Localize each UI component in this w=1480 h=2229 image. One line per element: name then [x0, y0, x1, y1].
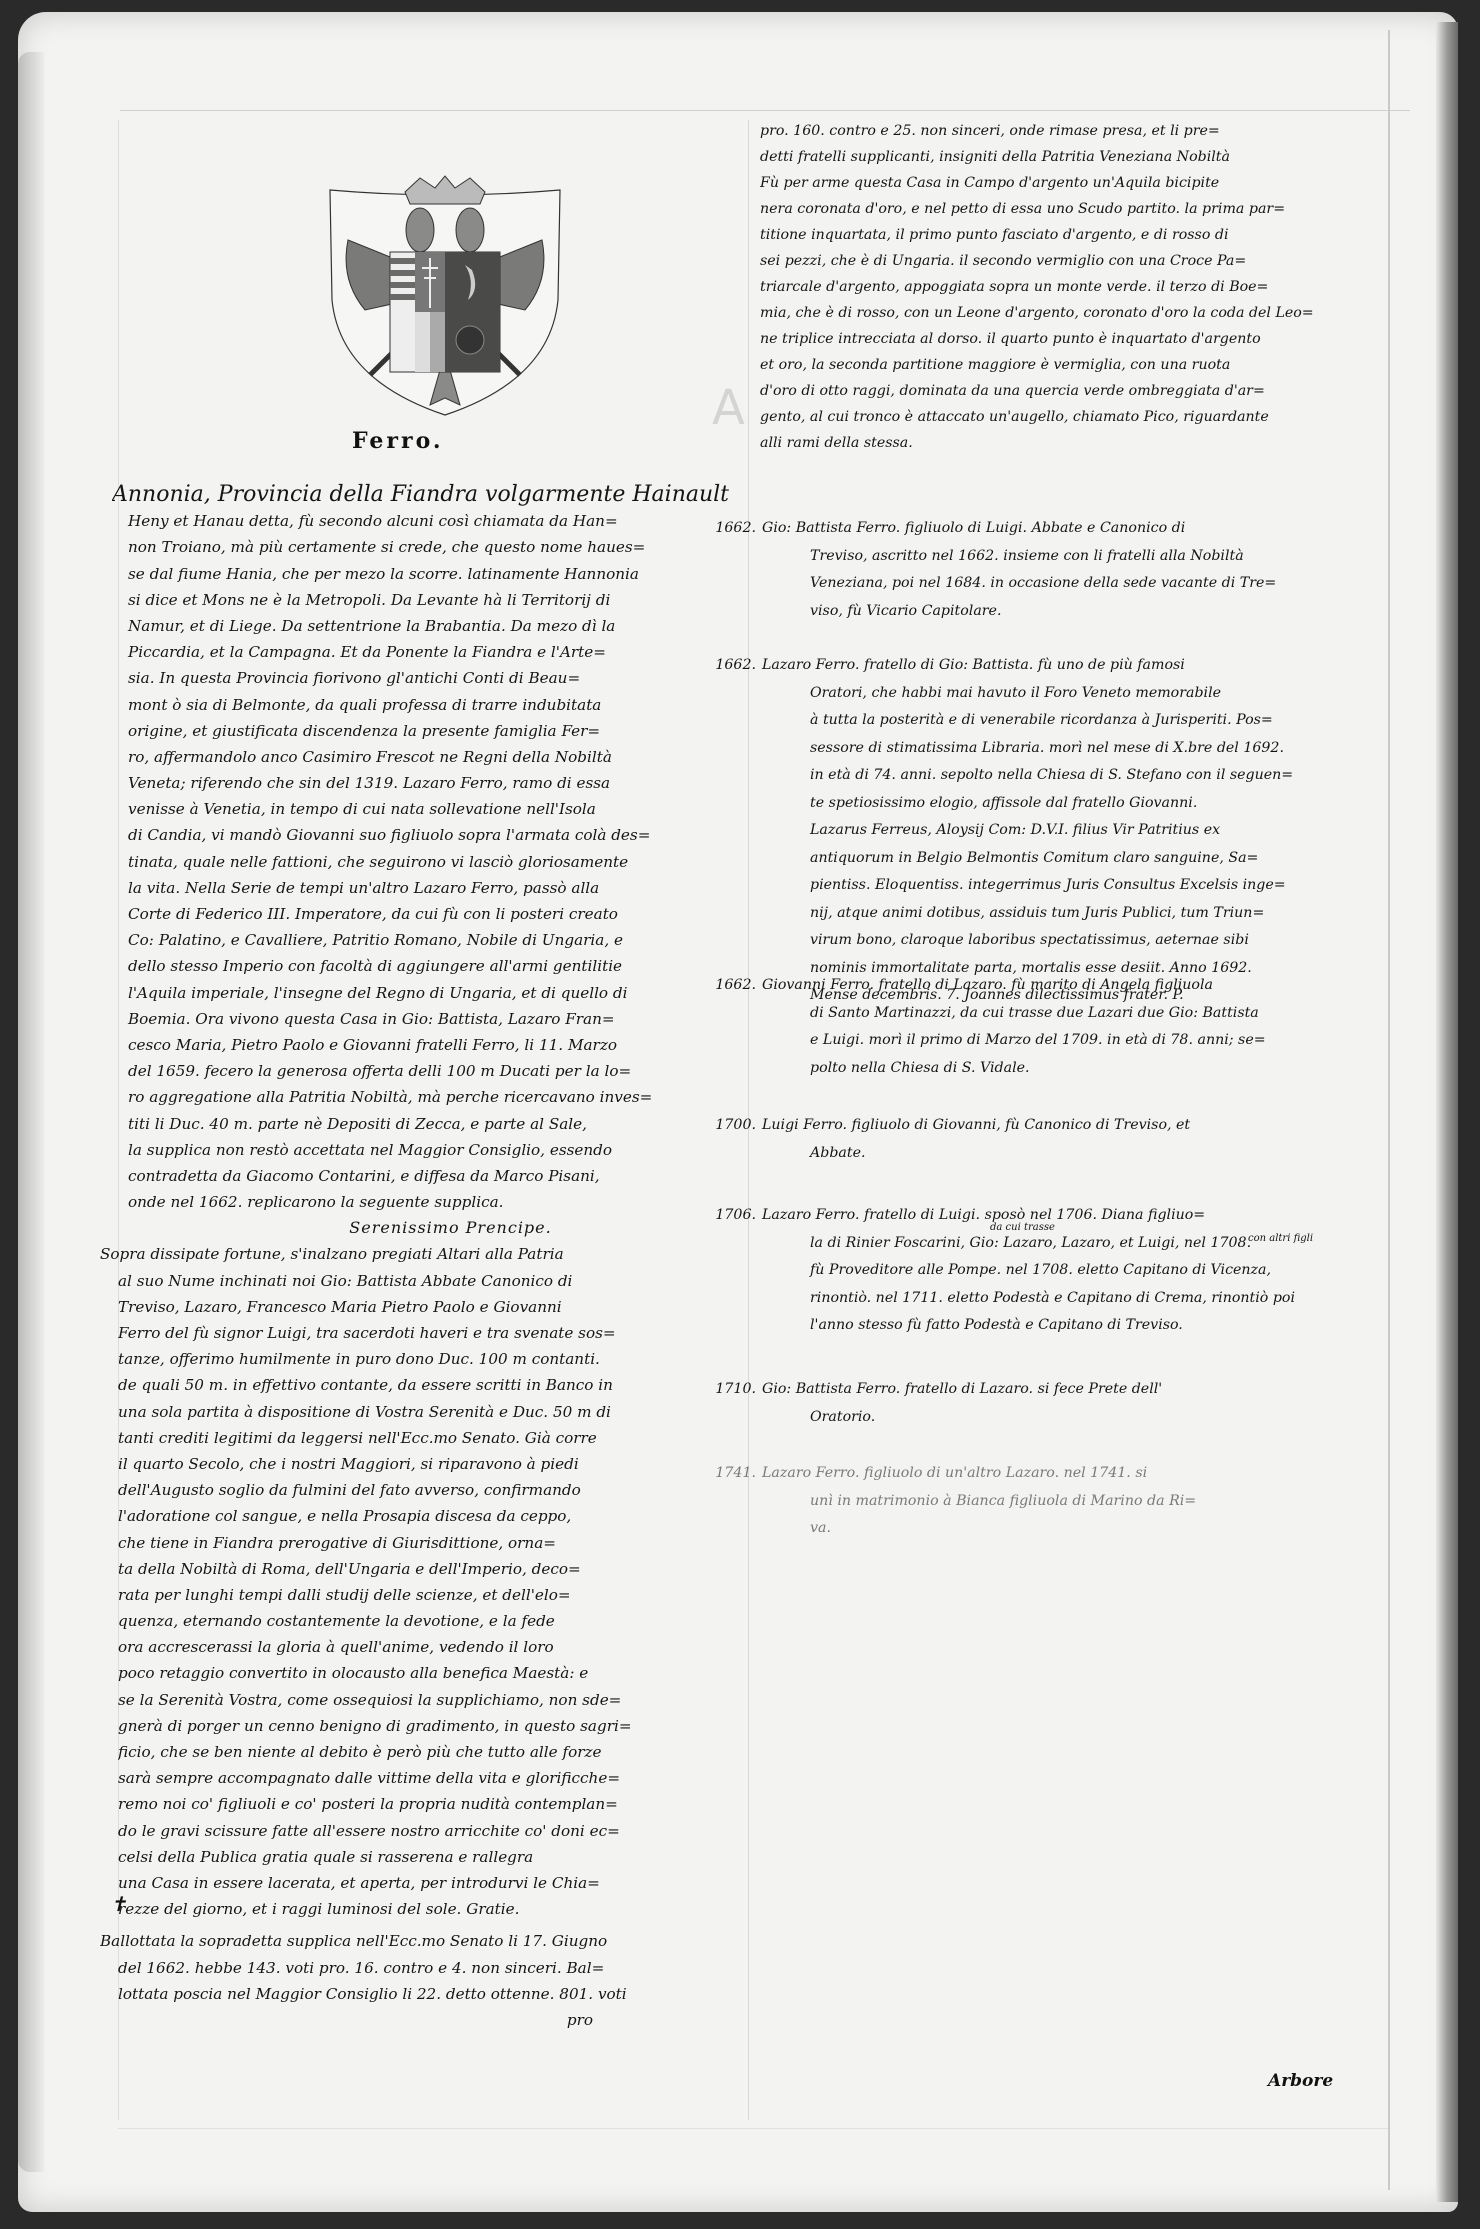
intro-line: Piccardia, et la Campagna. Et da Ponente…: [118, 639, 743, 665]
entry-line: 1741.Lazaro Ferro. figliuolo di un'altro…: [700, 1460, 1390, 1488]
petition-line: ficio, che se ben niente al debito è per…: [118, 1739, 743, 1765]
epitaph-line: pientiss. Eloquentiss. integerrimus Juri…: [700, 872, 1390, 900]
genealogy-entry: 1662.Gio: Battista Ferro. figliuolo di L…: [700, 515, 1390, 625]
petition-line: rata per lunghi tempi dalli studij delle…: [118, 1582, 743, 1608]
ballot-line: Ballottata la sopradetta supplica nell'E…: [100, 1928, 743, 1954]
arms-line: nera coronata d'oro, e nel petto di essa…: [760, 196, 1388, 222]
entry-line: e Luigi. morì il primo di Marzo del 1709…: [700, 1027, 1390, 1055]
petition-line: il quarto Secolo, che i nostri Maggiori,…: [118, 1451, 743, 1477]
petition-line: Sopra dissipate fortune, s'inalzano preg…: [100, 1241, 743, 1267]
petition-line: tanti crediti legitimi da leggersi nell'…: [118, 1425, 743, 1451]
intro-line: contradetta da Giacomo Contarini, e diff…: [118, 1163, 743, 1189]
petition-line: Ferro del fù signor Luigi, tra sacerdoti…: [118, 1320, 743, 1346]
entry-line: 1700.Luigi Ferro. figliuolo di Giovanni,…: [700, 1112, 1390, 1140]
intro-line: Annonia, Provincia della Fiandra volgarm…: [112, 482, 743, 508]
intro-line: la vita. Nella Serie de tempi un'altro L…: [118, 875, 743, 901]
intro-line: ro, affermandolo anco Casimiro Frescot n…: [118, 744, 743, 770]
ruled-margin-right: [1388, 30, 1390, 2190]
entry-line: di Santo Martinazzi, da cui trasse due L…: [700, 1000, 1390, 1028]
petition-line: remo noi co' figliuoli e co' posteri la …: [118, 1791, 743, 1817]
petition-heading: Serenissimo Prencipe.: [118, 1215, 743, 1241]
genealogy-entry: 1662.Lazaro Ferro. fratello di Gio: Batt…: [700, 652, 1390, 1010]
entry-line: va.: [700, 1515, 1390, 1543]
petition-line: ora accrescerassi la gloria à quell'anim…: [118, 1634, 743, 1660]
intro-line: Heny et Hanau detta, fù secondo alcuni c…: [118, 508, 743, 534]
petition-line: al suo Nume inchinati noi Gio: Battista …: [118, 1268, 743, 1294]
arms-line: et oro, la seconda partitione maggiore è…: [760, 352, 1388, 378]
intro-line: la supplica non restò accettata nel Magg…: [118, 1137, 743, 1163]
intro-line: sia. In questa Provincia fiorivono gl'an…: [118, 665, 743, 691]
genealogy-entry: 1700.Luigi Ferro. figliuolo di Giovanni,…: [700, 1112, 1390, 1167]
page-edge-left: [18, 52, 44, 2172]
entry-line: Oratorio.: [700, 1404, 1390, 1432]
genealogy-entry-faint: 1741.Lazaro Ferro. figliuolo di un'altro…: [700, 1460, 1390, 1543]
epitaph-line: virum bono, claroque laboribus spectatis…: [700, 927, 1390, 955]
petition-line: tanze, offerimo humilmente in puro dono …: [118, 1346, 743, 1372]
intro-line: Namur, et di Liege. Da settentrione la B…: [118, 613, 743, 639]
petition-line: ta della Nobiltà di Roma, dell'Ungaria e…: [118, 1556, 743, 1582]
petition-line: l'adoratione col sangue, e nella Prosapi…: [118, 1503, 743, 1529]
entry-line: 1662.Lazaro Ferro. fratello di Gio: Batt…: [700, 652, 1390, 680]
epitaph-line: Lazarus Ferreus, Aloysij Com: D.V.I. fil…: [700, 817, 1390, 845]
intro-line: tinata, quale nelle fattioni, che seguir…: [118, 849, 743, 875]
arms-line: d'oro di otto raggi, dominata da una que…: [760, 378, 1388, 404]
genealogy-entry: 1662.Giovanni Ferro. fratello di Lazaro.…: [700, 972, 1390, 1082]
ruled-line-bottom: [118, 2128, 1388, 2129]
entry-line: Veneziana, poi nel 1684. in occasione de…: [700, 570, 1390, 598]
intro-line: origine, et giustificata discendenza la …: [118, 718, 743, 744]
intro-line: ro aggregatione alla Patritia Nobiltà, m…: [118, 1084, 743, 1110]
entry-line: à tutta la posterità e di venerabile ric…: [700, 707, 1390, 735]
petition-line: Treviso, Lazaro, Francesco Maria Pietro …: [118, 1294, 743, 1320]
petition-line: dell'Augusto soglio da fulmini del fato …: [118, 1477, 743, 1503]
entry-year: 1700.: [700, 1112, 756, 1140]
intro-line: Co: Palatino, e Cavalliere, Patritio Rom…: [118, 927, 743, 953]
entry-year: 1741.: [700, 1460, 756, 1488]
entry-line: 1662.Giovanni Ferro. fratello di Lazaro.…: [700, 972, 1390, 1000]
intro-line: l'Aquila imperiale, l'insegne del Regno …: [118, 980, 743, 1006]
intro-line: Corte di Federico III. Imperatore, da cu…: [118, 901, 743, 927]
petition-line: quenza, eternando costantemente la devot…: [118, 1608, 743, 1634]
epitaph-line: antiquorum in Belgio Belmontis Comitum c…: [700, 845, 1390, 873]
arms-line: Fù per arme questa Casa in Campo d'argen…: [760, 170, 1388, 196]
entry-line: sessore di stimatissima Libraria. morì n…: [700, 735, 1390, 763]
ruled-line-top: [120, 110, 1410, 111]
entry-year: 1706.: [700, 1202, 756, 1230]
ballot-line: del 1662. hebbe 143. voti pro. 16. contr…: [118, 1955, 743, 1981]
entry-line: unì in matrimonio à Bianca figliuola di …: [700, 1488, 1390, 1516]
entry-line: Treviso, ascritto nel 1662. insieme con …: [700, 543, 1390, 571]
epitaph-line: nij, atque animi dotibus, assiduis tum J…: [700, 900, 1390, 928]
intro-line: si dice et Mons ne è la Metropoli. Da Le…: [118, 587, 743, 613]
intro-line: di Candia, vi mandò Giovanni suo figliuo…: [118, 822, 743, 848]
arms-line: gento, al cui tronco è attaccato un'auge…: [760, 404, 1388, 430]
entry-line: fù Proveditore alle Pompe. nel 1708. ele…: [700, 1257, 1390, 1285]
interlinear-note: con altri figli: [1248, 1233, 1313, 1244]
entry-line: 1662.Gio: Battista Ferro. figliuolo di L…: [700, 515, 1390, 543]
petition-line: de quali 50 m. in effettivo contante, da…: [118, 1372, 743, 1398]
intro-line: Veneta; riferendo che sin del 1319. Laza…: [118, 770, 743, 796]
family-name-title: Ferro.: [352, 428, 444, 454]
petition-line: se la Serenità Vostra, come ossequiosi l…: [118, 1687, 743, 1713]
margin-cross-mark: ✝: [110, 1892, 127, 1916]
entry-line: viso, fù Vicario Capitolare.: [700, 598, 1390, 626]
entry-year: 1662.: [700, 972, 756, 1000]
left-column: Annonia, Provincia della Fiandra volgarm…: [118, 482, 743, 2033]
petition-line: che tiene in Fiandra prerogative di Giur…: [118, 1530, 743, 1556]
coat-of-arms-icon: [320, 170, 570, 420]
bleed-through-letter: A: [712, 380, 745, 436]
petition-line: gnerà di porger un cenno benigno di grad…: [118, 1713, 743, 1739]
arms-line: triarcale d'argento, appoggiata sopra un…: [760, 274, 1388, 300]
entry-line: Abbate.: [700, 1140, 1390, 1168]
intro-line: Boemia. Ora vivono questa Casa in Gio: B…: [118, 1006, 743, 1032]
intro-line: cesco Maria, Pietro Paolo e Giovanni fra…: [118, 1032, 743, 1058]
intro-line: mont ò sia di Belmonte, da quali profess…: [118, 692, 743, 718]
arms-line: pro. 160. contro e 25. non sinceri, onde…: [760, 118, 1388, 144]
entry-line: in età di 74. anni. sepolto nella Chiesa…: [700, 762, 1390, 790]
entry-year: 1662.: [700, 652, 756, 680]
entry-year: 1710.: [700, 1376, 756, 1404]
entry-line: 1710.Gio: Battista Ferro. fratello di La…: [700, 1376, 1390, 1404]
intro-line: venisse à Venetia, in tempo di cui nata …: [118, 796, 743, 822]
arms-line: ne triplice intrecciata al dorso. il qua…: [760, 326, 1388, 352]
petition-line: poco retaggio convertito in olocausto al…: [118, 1660, 743, 1686]
right-column-continuation: pro. 160. contro e 25. non sinceri, onde…: [760, 118, 1388, 456]
intro-line: del 1659. fecero la generosa offerta del…: [118, 1058, 743, 1084]
arms-line: titione inquartata, il primo punto fasci…: [760, 222, 1388, 248]
petition-line: rezze del giorno, et i raggi luminosi de…: [118, 1896, 743, 1922]
petition-line: sarà sempre accompagnato dalle vittime d…: [118, 1765, 743, 1791]
entry-line: rinontiò. nel 1711. eletto Podestà e Cap…: [700, 1285, 1390, 1313]
petition-line: una Casa in essere lacerata, et aperta, …: [118, 1870, 743, 1896]
genealogy-entry: 1710.Gio: Battista Ferro. fratello di La…: [700, 1376, 1390, 1431]
entry-year: 1662.: [700, 515, 756, 543]
intro-line: titi li Duc. 40 m. parte nè Depositi di …: [118, 1111, 743, 1137]
intro-line: se dal fiume Hania, che per mezo la scor…: [118, 561, 743, 587]
petition-line: do le gravi scissure fatte all'essere no…: [118, 1818, 743, 1844]
intro-line: dello stesso Imperio con facoltà di aggi…: [118, 953, 743, 979]
entry-line: polto nella Chiesa di S. Vidale.: [700, 1055, 1390, 1083]
intro-line: onde nel 1662. replicarono la seguente s…: [118, 1189, 743, 1215]
page-edge-right: [1436, 22, 1458, 2202]
arms-line: alli rami della stessa.: [760, 430, 1388, 456]
ballot-line: lottata poscia nel Maggior Consiglio li …: [118, 1981, 743, 2007]
petition-line: celsi della Publica gratia quale si rass…: [118, 1844, 743, 1870]
catchword: Arbore: [1268, 2071, 1333, 2091]
entry-line: l'anno stesso fù fatto Podestà e Capitan…: [700, 1312, 1390, 1340]
arms-line: mia, che è di rosso, con un Leone d'arge…: [760, 300, 1388, 326]
entry-line: te spetiosissimo elogio, affissole dal f…: [700, 790, 1390, 818]
arms-line: detti fratelli supplicanti, insigniti de…: [760, 144, 1388, 170]
intro-line: non Troiano, mà più certamente si crede,…: [118, 534, 743, 560]
ballot-line: pro: [118, 2007, 743, 2033]
arms-line: sei pezzi, che è di Ungaria. il secondo …: [760, 248, 1388, 274]
interlinear-note: da cui trasse: [990, 1222, 1055, 1233]
entry-line: Oratori, che habbi mai havuto il Foro Ve…: [700, 680, 1390, 708]
petition-line: una sola partita à dispositione di Vostr…: [118, 1399, 743, 1425]
